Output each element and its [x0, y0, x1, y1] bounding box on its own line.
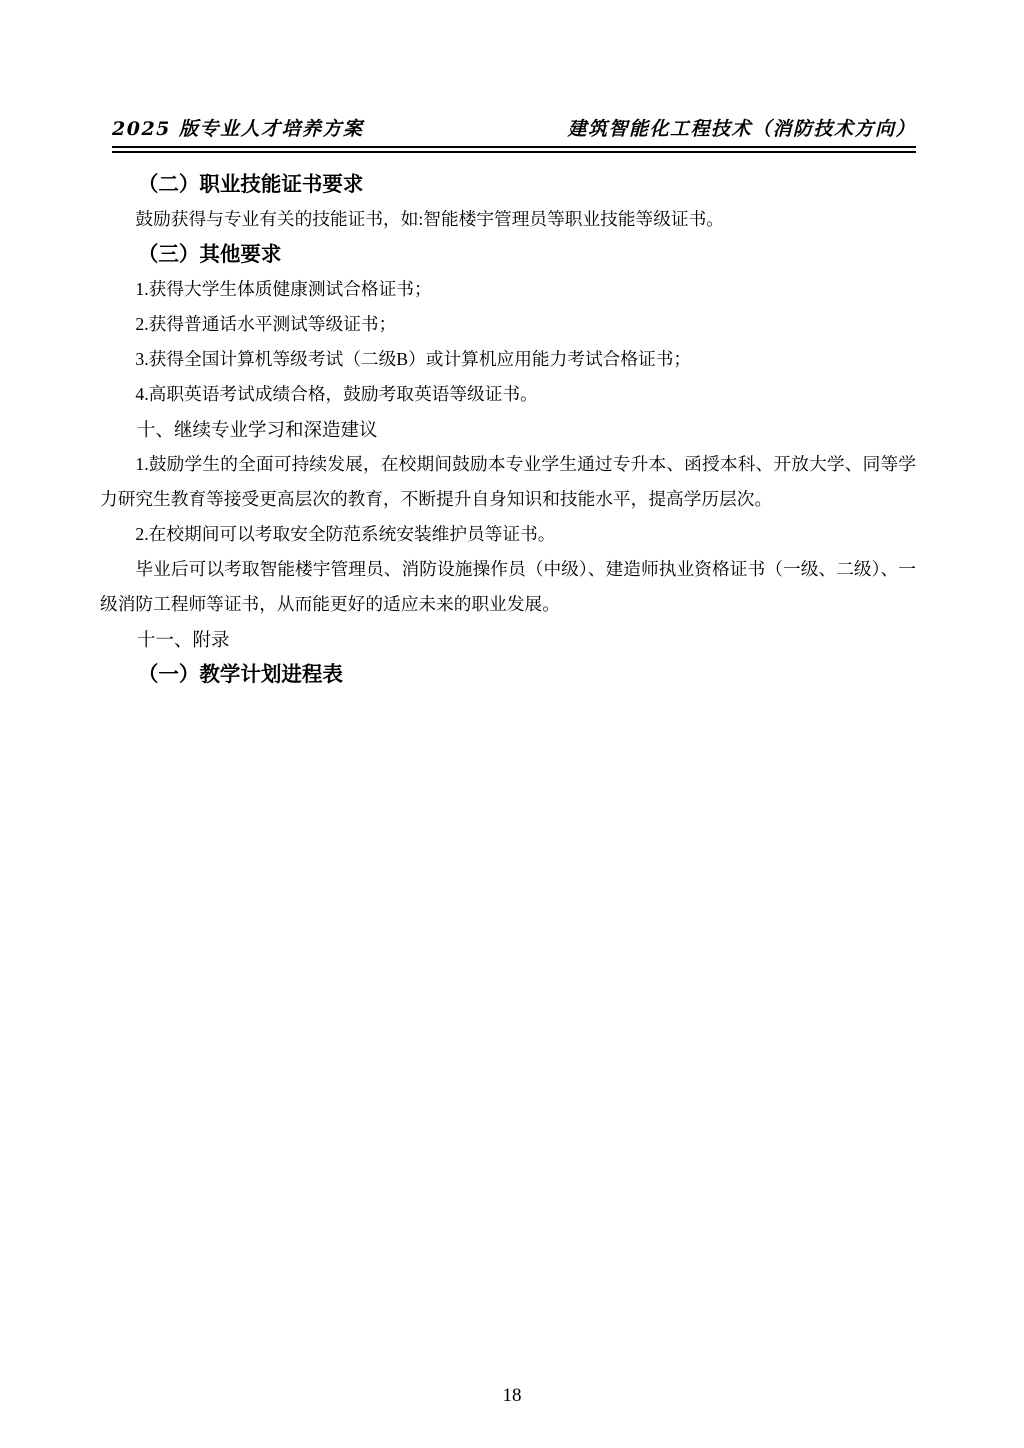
page-number: 18	[503, 1385, 522, 1406]
running-header: 2025 版专业人才培养方案 建筑智能化工程技术（消防技术方向）	[112, 116, 916, 153]
document-page: 2025 版专业人才培养方案 建筑智能化工程技术（消防技术方向） （二）职业技能…	[0, 0, 1024, 1448]
paragraph: 鼓励获得与专业有关的技能证书，如:智能楼宇管理员等职业技能等级证书。	[100, 202, 916, 237]
list-item-3: 3.获得全国计算机等级考试（二级B）或计算机应用能力考试合格证书；	[100, 342, 916, 377]
header-double-rule	[112, 146, 916, 153]
section-heading-skill-cert: （二）职业技能证书要求	[100, 167, 916, 202]
document-body: （二）职业技能证书要求 鼓励获得与专业有关的技能证书，如:智能楼宇管理员等职业技…	[100, 167, 916, 692]
list-item-4: 4.高职英语考试成绩合格，鼓励考取英语等级证书。	[100, 377, 916, 412]
section-heading-teaching-plan-table: （一）教学计划进程表	[100, 657, 916, 692]
paragraph: 2.在校期间可以考取安全防范系统安装维护员等证书。	[100, 517, 916, 552]
chapter-heading-continuing-study: 十、继续专业学习和深造建议	[100, 412, 916, 447]
paragraph: 1.鼓励学生的全面可持续发展，在校期间鼓励本专业学生通过专升本、函授本科、开放大…	[100, 447, 916, 517]
section-heading-other-requirements: （三）其他要求	[100, 237, 916, 272]
chapter-heading-appendix: 十一、附录	[100, 622, 916, 657]
list-item-2: 2.获得普通话水平测试等级证书；	[100, 307, 916, 342]
header-right-title: 建筑智能化工程技术（消防技术方向）	[567, 116, 916, 142]
header-row: 2025 版专业人才培养方案 建筑智能化工程技术（消防技术方向）	[112, 116, 916, 142]
paragraph: 毕业后可以考取智能楼宇管理员、消防设施操作员（中级）、建造师执业资格证书（一级、…	[100, 552, 916, 622]
header-left-title: 2025 版专业人才培养方案	[112, 116, 364, 142]
list-item-1: 1.获得大学生体质健康测试合格证书；	[100, 272, 916, 307]
page-footer: 18	[0, 1384, 1024, 1408]
